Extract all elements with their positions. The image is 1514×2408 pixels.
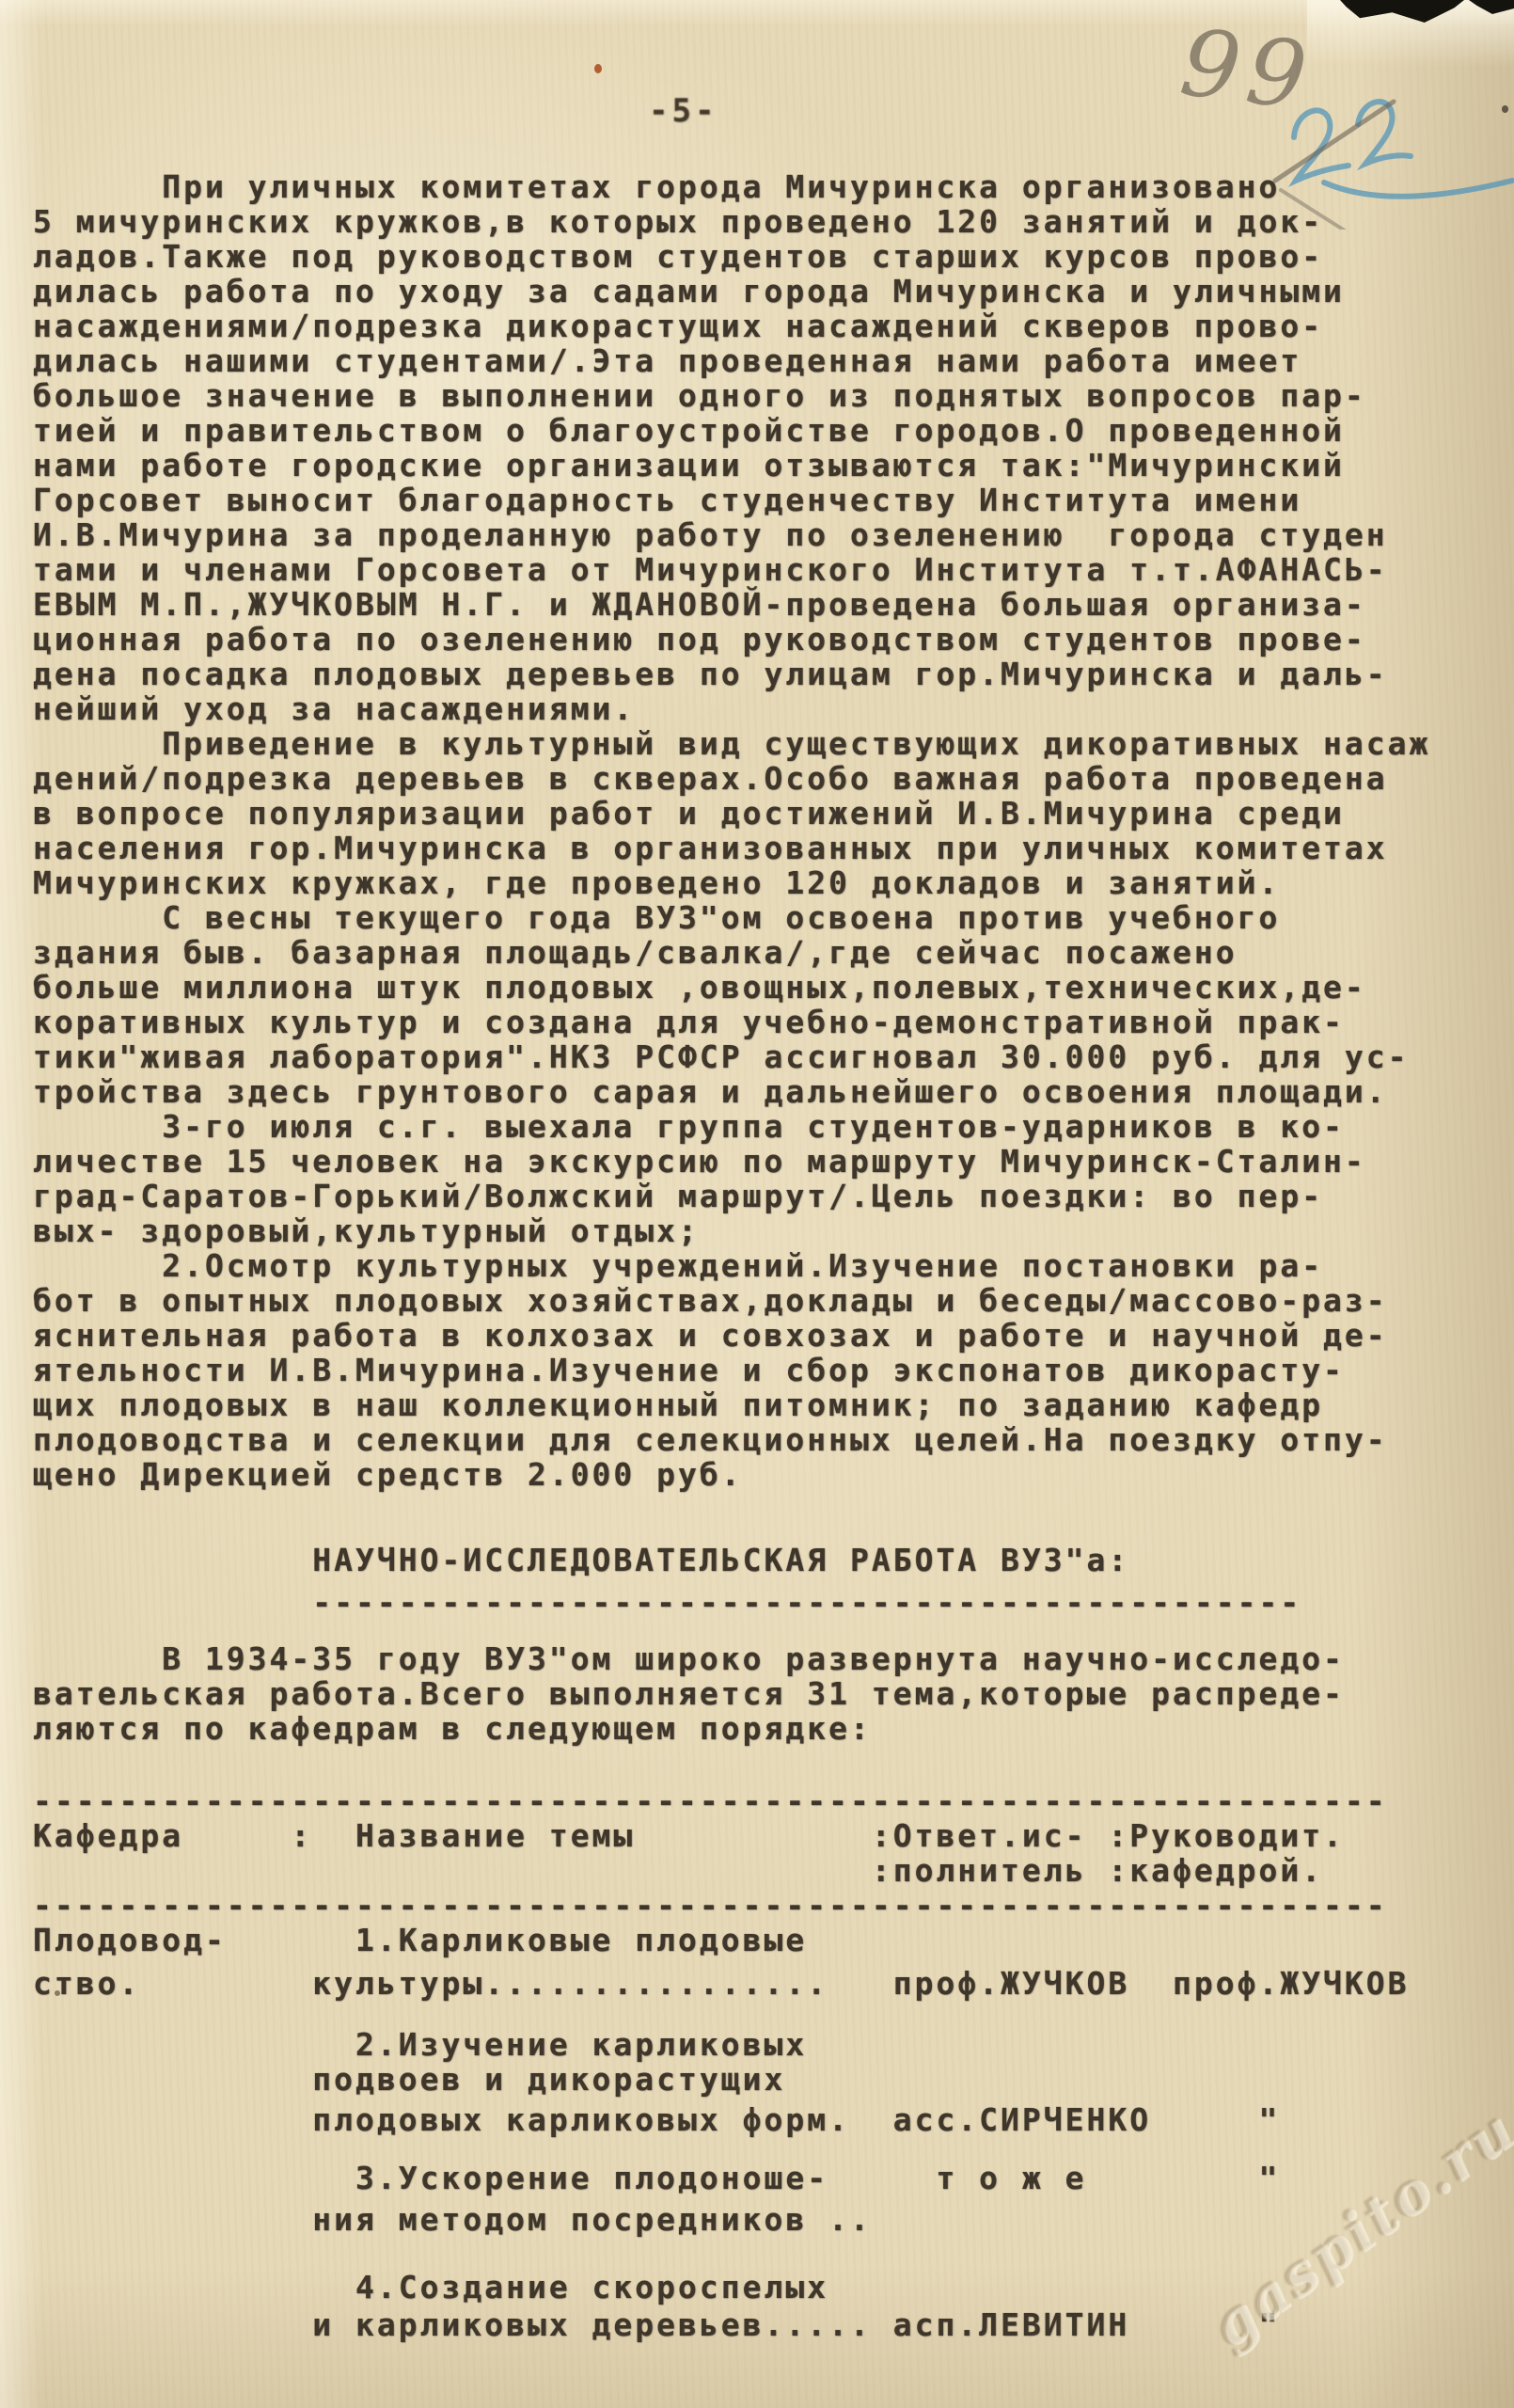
- text-line: дилась нашими студентами/.Эта проведенна…: [33, 343, 1430, 378]
- text-line: ЕВЫМ М.П.,ЖУЧКОВЫМ Н.Г. и ЖДАНОВОЙ-прове…: [33, 587, 1430, 622]
- text-line: яснительная работа в колхозах и совхозах…: [33, 1318, 1430, 1353]
- text-line: Приведение в культурный вид существующих…: [33, 726, 1430, 761]
- text-line: Горсовет выносит благодарность студенчес…: [33, 483, 1430, 517]
- page-number: -5-: [649, 92, 718, 130]
- text-line: тией и правительством о благоустройстве …: [33, 413, 1430, 448]
- text-line: коративных культур и создана для учебно-…: [33, 1005, 1430, 1039]
- text-line: 3-го июля с.г. выехала группа студентов-…: [33, 1109, 1430, 1144]
- text-line: нейший уход за насаждениями.: [33, 691, 1430, 726]
- text-line: большое значение в выполнении одного из …: [33, 378, 1430, 413]
- text-line: ладов.Также под руководством студентов с…: [33, 239, 1430, 274]
- text-line: Мичуринских кружках, где проведено 120 д…: [33, 865, 1430, 900]
- paper-speck: [55, 1990, 60, 1996]
- text-line: И.В.Мичурина за проделанную работу по оз…: [33, 517, 1430, 552]
- document-text: При уличных комитетах города Мичуринска …: [33, 169, 1430, 2342]
- text-line: щено Дирекцией средств 2.000 руб.: [33, 1457, 1430, 1492]
- text-line: ----------------------------------------…: [33, 1783, 1430, 1818]
- text-line: подвоев и дикорастущих: [33, 2062, 1430, 2097]
- text-line: бот в опытных плодовых хозяйствах,доклад…: [33, 1283, 1430, 1318]
- text-line: ляются по кафедрам в следующем порядке:: [33, 1711, 1430, 1746]
- text-line: вых- здоровый,культурный отдых;: [33, 1213, 1430, 1248]
- text-line: тики"живая лаборатория".НКЗ РСФСР ассигн…: [33, 1039, 1430, 1074]
- text-line: больше миллиона штук плодовых ,овощных,п…: [33, 970, 1430, 1005]
- text-line: нами работе городские организации отзыва…: [33, 448, 1430, 483]
- text-line: щих плодовых в наш коллекционный питомни…: [33, 1387, 1430, 1422]
- text-line: ство. культуры................ проф.ЖУЧК…: [33, 1966, 1430, 2001]
- text-line: НАУЧНО-ИССЛЕДОВАТЕЛЬСКАЯ РАБОТА ВУЗ"а:: [33, 1543, 1430, 1577]
- text-line: ----------------------------------------…: [33, 1888, 1430, 1923]
- text-line: 3.Ускорение плодоноше- т о ж е ": [33, 2161, 1430, 2195]
- text-line: ния методом посредников ..: [33, 2202, 1430, 2237]
- text-line: ----------------------------------------…: [33, 1585, 1430, 1620]
- text-line: населения гор.Мичуринска в организованны…: [33, 831, 1430, 865]
- text-line: Плодовод- 1.Карликовые плодовые: [33, 1923, 1430, 1957]
- text-line: насаждениями/подрезка дикорастущих насаж…: [33, 309, 1430, 343]
- text-line: С весны текущего года ВУЗ"ом освоена про…: [33, 900, 1430, 935]
- text-line: Кафедра : Название темы :Ответ.ис- :Руко…: [33, 1818, 1430, 1853]
- text-line: ятельности И.В.Мичурина.Изучение и сбор …: [33, 1353, 1430, 1387]
- text-line: тами и членами Горсовета от Мичуринского…: [33, 552, 1430, 587]
- text-line: 5 мичуринских кружков,в которых проведен…: [33, 204, 1430, 239]
- text-line: в вопросе популяризации работ и достижен…: [33, 796, 1430, 831]
- text-line: В 1934-35 году ВУЗ"ом широко развернута …: [33, 1641, 1430, 1676]
- text-line: дилась работа по уходу за садами города …: [33, 274, 1430, 309]
- text-line: :полнитель :кафедрой.: [33, 1853, 1430, 1888]
- text-line: 2.Осмотр культурных учреждений.Изучение …: [33, 1248, 1430, 1283]
- text-line: ционная работа по озеленению под руковод…: [33, 622, 1430, 657]
- text-line: дений/подрезка деревьев в скверах.Особо …: [33, 761, 1430, 796]
- paper-speck: [1502, 105, 1508, 113]
- text-line: При уличных комитетах города Мичуринска …: [33, 169, 1430, 204]
- text-line: град-Саратов-Горький/Волжский маршрут/.Ц…: [33, 1179, 1430, 1213]
- text-line: плодоводства и селекции для селекционных…: [33, 1422, 1430, 1457]
- text-line: личестве 15 человек на экскурсию по марш…: [33, 1144, 1430, 1179]
- text-line: 2.Изучение карликовых: [33, 2027, 1430, 2062]
- text-line: плодовых карликовых форм. асс.СИРЧЕНКО ": [33, 2102, 1430, 2137]
- scanned-document-page: -5- 99 При уличных комитетах города Мичу…: [0, 0, 1514, 2408]
- text-line: здания быв. базарная площадь/свалка/,где…: [33, 935, 1430, 970]
- paper-speck: [594, 64, 602, 73]
- text-line: вательская работа.Всего выполняется 31 т…: [33, 1676, 1430, 1711]
- text-line: дена посадка плодовых деревьев по улицам…: [33, 657, 1430, 691]
- text-line: тройства здесь грунтового сарая и дальне…: [33, 1074, 1430, 1109]
